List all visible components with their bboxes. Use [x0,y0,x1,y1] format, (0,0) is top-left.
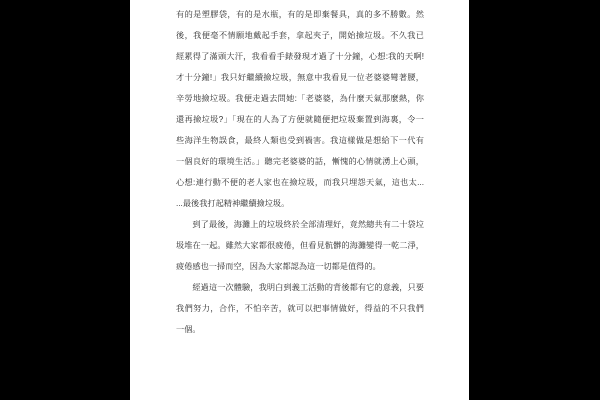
text-line: 我們努力，合作，不怕辛苦，就可以把事情做好，得益的不只我們 [176,298,424,319]
paragraph: 到了最後，海灘上的垃圾終於全部清理好，竟然總共有二十袋垃 圾堆在一起。雖然大家都… [176,214,424,277]
text-line: ...最後我打起精神繼續撿垃圾。 [176,193,424,214]
text-line: 疲倦感也一掃而空，因為大家都認為這一切都是值得的。 [176,256,424,277]
paragraph: 經過這一次體驗，我明白到義工活動的背後都有它的意義，只要 我們努力，合作，不怕辛… [176,277,424,340]
text-line: 後，我便毫不情願地戴起手套，拿起夾子，開始撿垃圾。不久我已 [176,25,424,46]
essay-text-block: 有的是塑膠袋，有的是水瓶，有的是即棄餐具，真的多不勝數。然 後，我便毫不情願地戴… [176,4,424,340]
text-line: 一個。 [176,319,424,340]
letterbox-right [469,0,600,400]
document-page: 有的是塑膠袋，有的是水瓶，有的是即棄餐具，真的多不勝數。然 後，我便毫不情願地戴… [130,0,469,400]
text-line: 有的是塑膠袋，有的是水瓶，有的是即棄餐具，真的多不勝數。然 [176,4,424,25]
text-line: 圾堆在一起。雖然大家都很疲倦，但看見骯髒的海灘變得一乾二淨， [176,235,424,256]
paragraph: 有的是塑膠袋，有的是水瓶，有的是即棄餐具，真的多不勝數。然 後，我便毫不情願地戴… [176,4,424,214]
text-line: 才十分鐘!」我只好繼續撿垃圾，無意中我看見一位老婆婆彎著腰， [176,67,424,88]
text-line: 還再撿垃圾?」「現在的人為了方便就隨便把垃圾棄置到海裏，令一 [176,109,424,130]
text-line: 些海洋生物誤食，最終人類也受到禍害。我這樣做是想給下一代有 [176,130,424,151]
screenshot-root: { "page": { "letterbox_color": "#000000"… [0,0,600,400]
letterbox-left [0,0,130,400]
text-line: 心想:連行動不便的老人家也在撿垃圾，而我只埋怨天氣，這也太... [176,172,424,193]
text-line: 一個良好的環境生活。」聽完老婆婆的話，慚愧的心情就湧上心頭， [176,151,424,172]
text-line: 辛勞地撿垃圾。我便走過去問她:「老婆婆，為什麼天氣那麼熱，你 [176,88,424,109]
text-line: 經過這一次體驗，我明白到義工活動的背後都有它的意義，只要 [176,277,424,298]
text-line: 到了最後，海灘上的垃圾終於全部清理好，竟然總共有二十袋垃 [176,214,424,235]
text-line: 經累得了滿頭大汗，我看看手錶發現才過了十分鐘，心想:我的天啊! [176,46,424,67]
